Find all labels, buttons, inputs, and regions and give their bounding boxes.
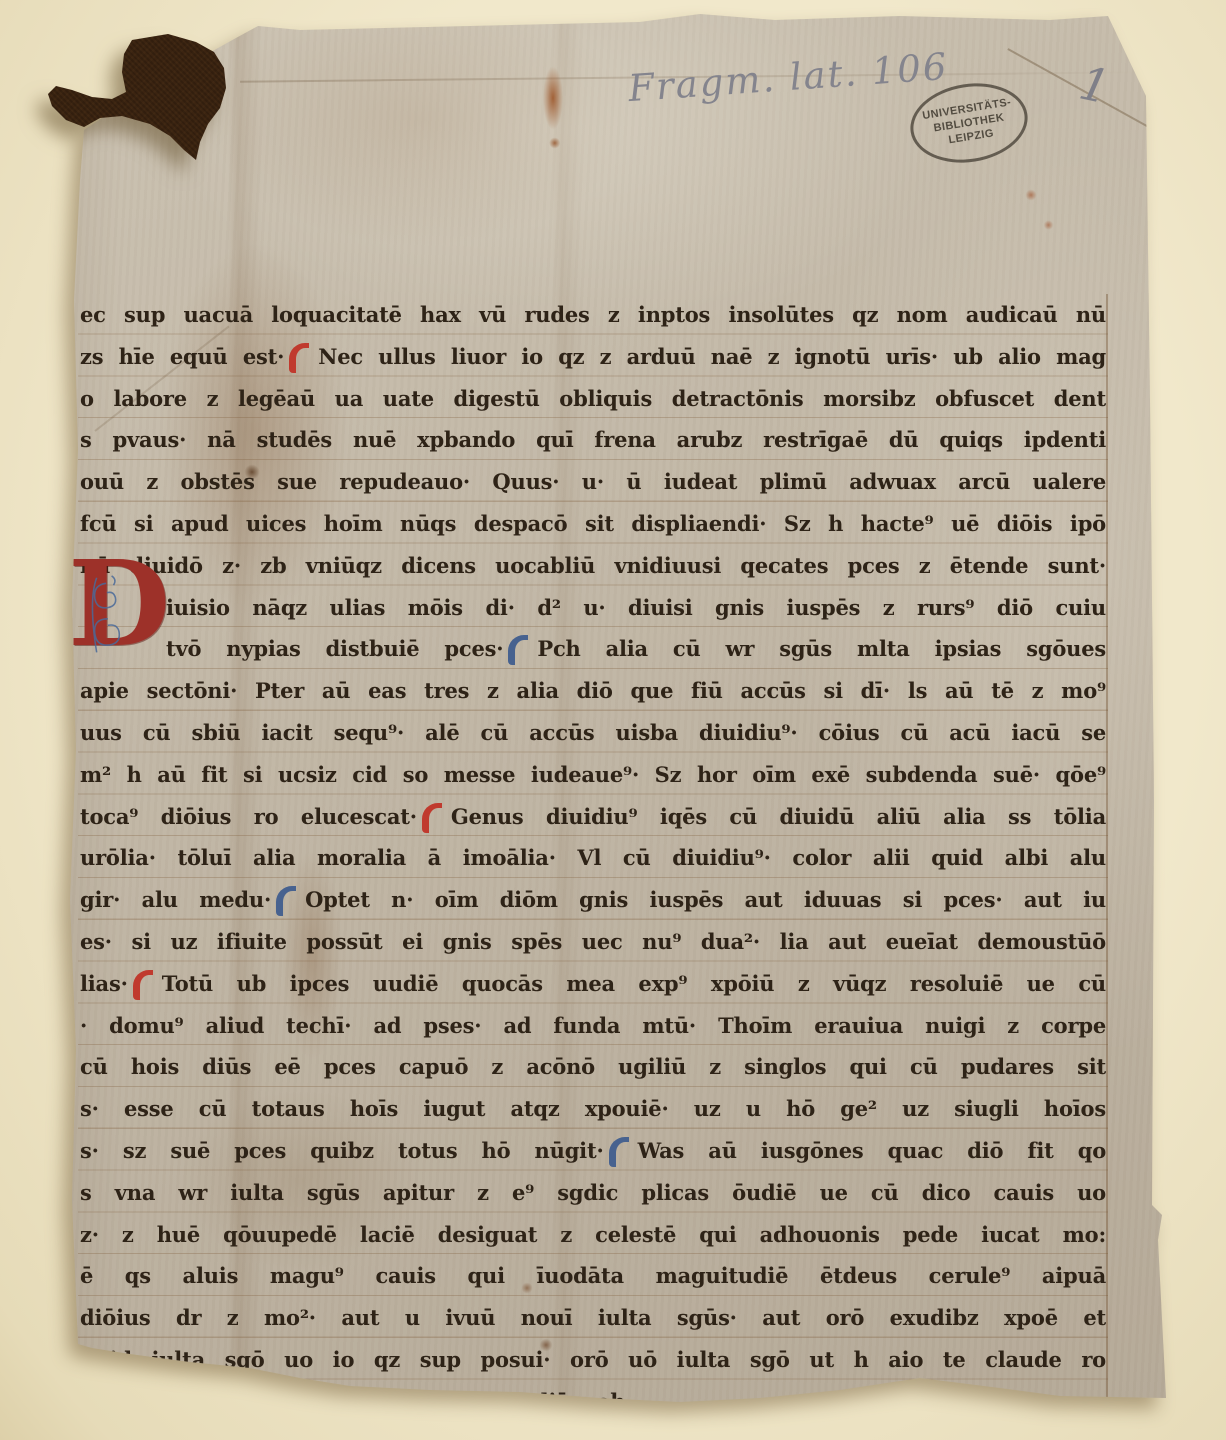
leather-patch-wrap xyxy=(0,0,1226,1440)
manuscript-photo: { "photo": { "background_color": "#ece2c… xyxy=(0,0,1226,1440)
leather-patch xyxy=(0,0,1226,1440)
